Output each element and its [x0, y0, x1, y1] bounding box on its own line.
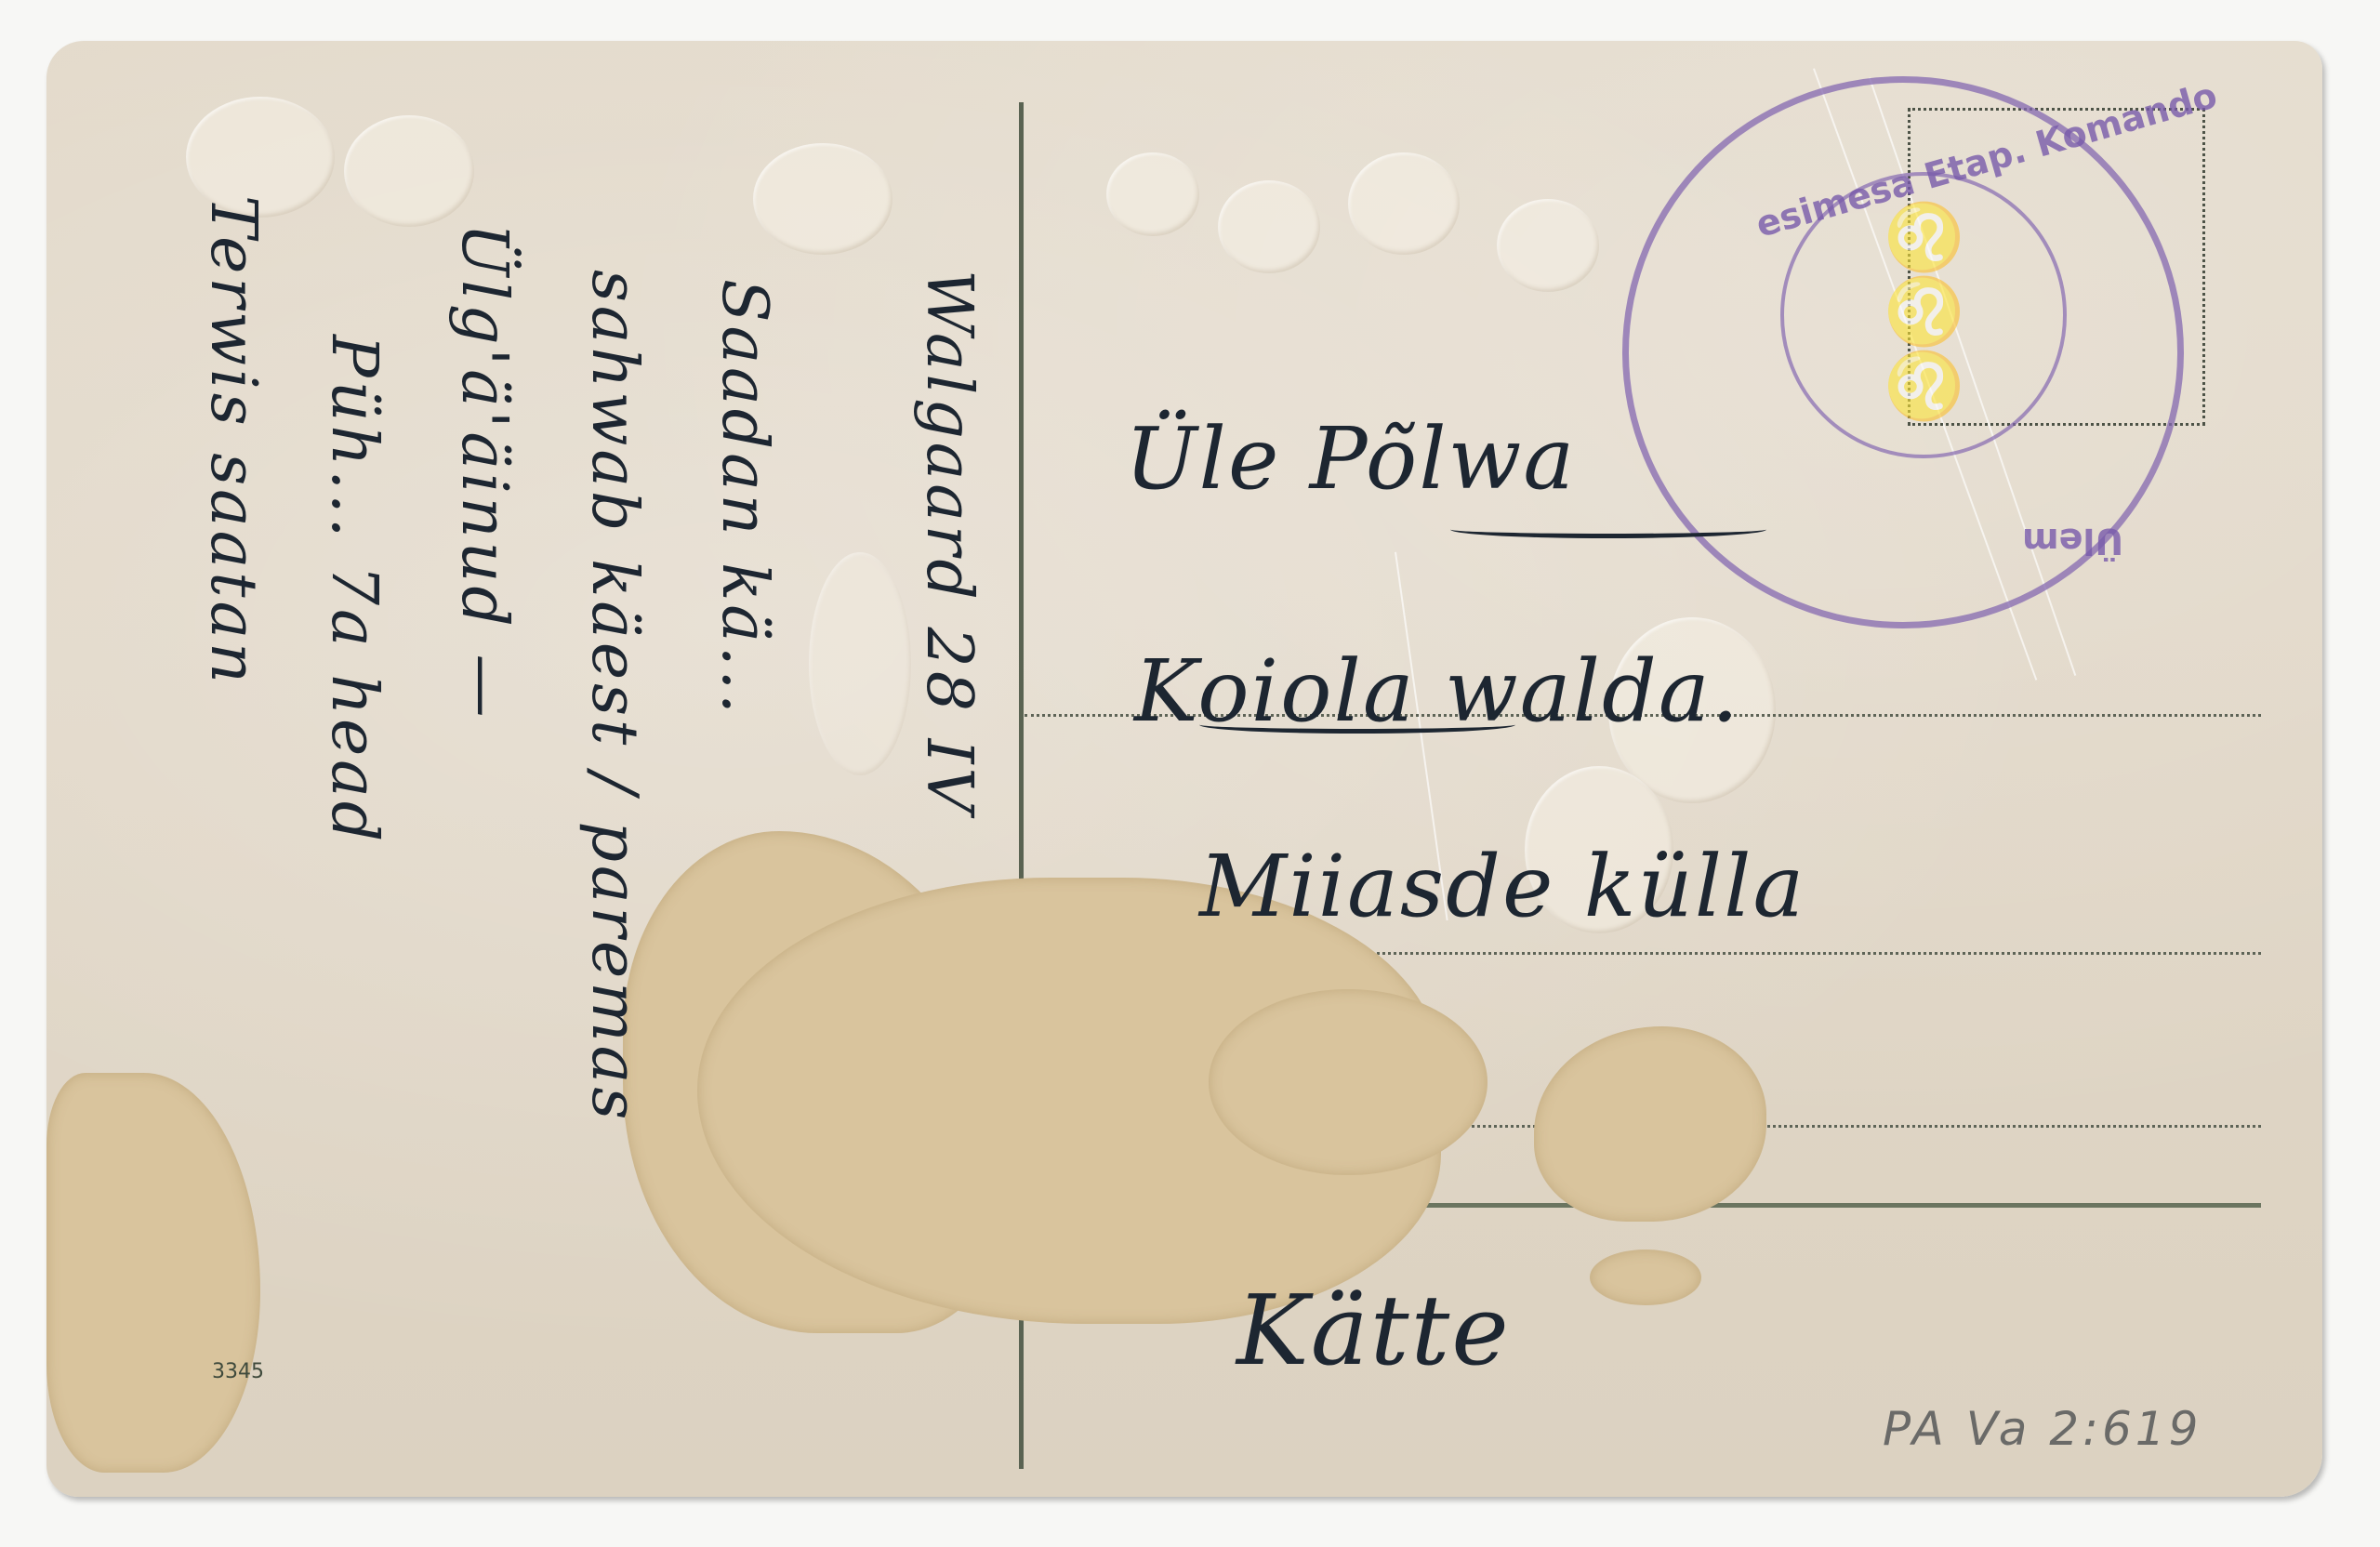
message-column: Ülg'ä'äinud —: [447, 223, 521, 721]
embossed-flower: [1348, 152, 1460, 255]
embossed-flower: [753, 143, 892, 255]
postmark-text-bottom: Ülem: [2022, 521, 2123, 562]
embossed-flower: [1218, 180, 1320, 273]
address-line-3: Miiasde külla: [1199, 837, 1805, 936]
underline: [1199, 716, 1515, 734]
message-column: sahwab käest / paremas: [577, 270, 651, 1123]
message-column: Walgaard 28 IV: [912, 270, 985, 817]
torn-patch: [1209, 989, 1487, 1175]
message-column: Saadan kä...: [707, 279, 781, 718]
embossed-flower: [1497, 199, 1599, 292]
embossed-letter: [809, 552, 911, 775]
address-line-1: Üle Põlwa: [1125, 409, 1576, 509]
catalog-number: PA Va 2:619: [1883, 1402, 2201, 1456]
embossed-flower: [1106, 152, 1199, 236]
torn-patch: [46, 1073, 260, 1473]
underline: [1450, 521, 1766, 538]
torn-patch: [1590, 1249, 1701, 1305]
three-lions-emblem-icon: ♌♌♌: [1855, 200, 1994, 432]
address-line-4: Kätte: [1236, 1274, 1511, 1387]
message-column: Terwis saatan: [196, 195, 270, 687]
message-column: Püh... 7a head: [317, 335, 390, 845]
embossed-flower: [344, 115, 474, 227]
printed-number: 3345: [212, 1360, 264, 1383]
torn-patch: [1534, 1026, 1766, 1222]
